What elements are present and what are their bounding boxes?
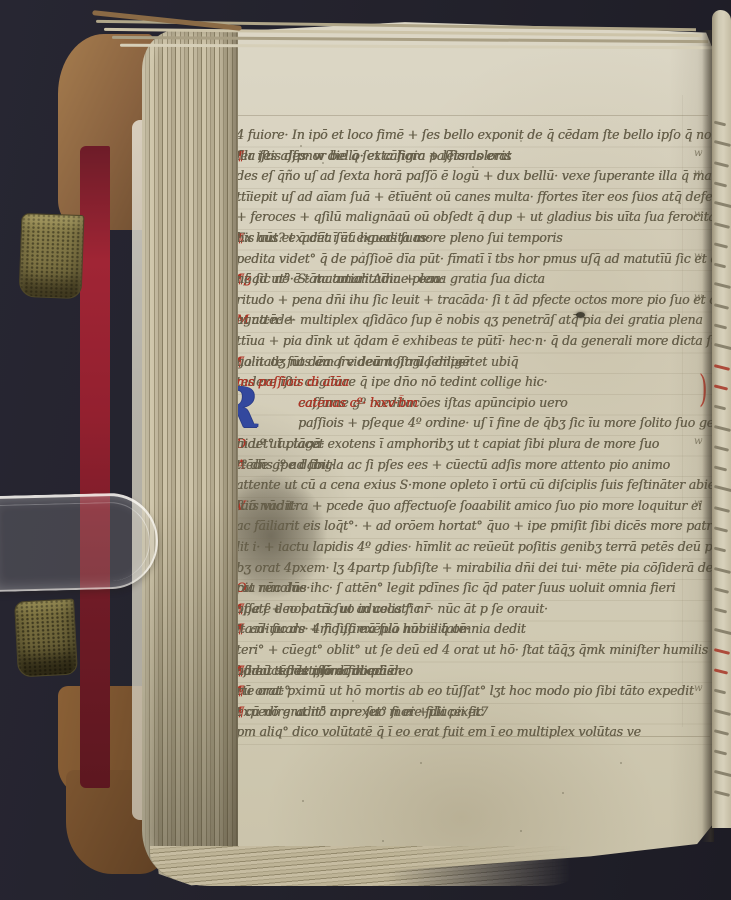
facing-page-text-row	[714, 384, 728, 390]
facing-page-text-row	[714, 445, 729, 451]
manuscript-line: eaſſume gº meditacōes iſtas apūncipio ue…	[298, 395, 712, 412]
manuscript-line: ſuis vadit· Vltiō nūc itra + pcede q̄uo …	[236, 498, 712, 515]
manuscript-line: ttīiepit uſ ad aīam ſuā + ētīuēnt oū can…	[236, 189, 712, 206]
facing-page-text-row	[714, 627, 731, 634]
facing-page-text-row	[714, 608, 727, 614]
facing-page-text-row	[714, 547, 726, 552]
facing-page-text-row	[714, 729, 729, 735]
page-edge-stack-left	[142, 30, 238, 882]
speck	[420, 762, 422, 764]
facing-page-text-row	[714, 709, 731, 716]
facing-page-text-row	[714, 343, 731, 350]
facing-page-text-row	[714, 668, 728, 674]
manuscript-line: lit i· + iactu lapidis 4º gdies· hīmlit …	[236, 539, 712, 556]
facing-page-text-row	[714, 140, 731, 147]
facing-page-text-row	[714, 181, 727, 187]
facing-page-text-row	[714, 424, 731, 431]
manuscript-line: ualitate ſūt dēa· ſ videant ſingla dilig…	[236, 354, 712, 371]
facing-page-text-row	[714, 263, 726, 268]
manuscript-line: des eſ q̄ño uſ ad ſexta horā paſſō ē log…	[236, 168, 712, 185]
manuscript-line: ac fāiliarit eis loq̄t°· + ad orōem hort…	[236, 518, 712, 535]
facing-page-text-row	[714, 303, 729, 309]
facing-page-text-row	[714, 405, 726, 410]
manuscript-line: tedere iſta cogitare q̄ ipe dn̄o nō tedi…	[236, 374, 712, 391]
manuscript-line: ttīua + pia dīnk ut q̄dam ē exhibeas te …	[236, 333, 712, 350]
facing-page-text-row	[714, 526, 728, 532]
manuscript-line: attente ut cū a cena exius S·mone opleto…	[236, 477, 712, 494]
manuscript-line: indet° īu tāgā· Dn̄i uº ut placet exoten…	[236, 436, 712, 453]
facing-page-text-row	[714, 282, 731, 289]
page-edge-stack-bottom	[150, 846, 580, 886]
manuscript-line: et attēde· Magna·n· + multiplex qſidāco …	[236, 312, 712, 329]
manuscript-line: illa ſes aſſpnor bello· et cāfigio + lēt…	[236, 148, 712, 165]
speck	[302, 800, 304, 802]
speck	[300, 145, 302, 147]
manuscript-line: bis aūt? exaciīt ī eū liguas ſuas· ¶ Ex …	[236, 230, 712, 247]
manuscript-line: paſſiois + pſeque 4º ordine· uſ ī fine d…	[298, 415, 712, 432]
manuscript-line: expedire ut nō morexet° ſi ei +placexet7…	[236, 704, 712, 721]
ruling-line-top	[164, 115, 708, 116]
manuscript-line: + feroces + qſilū malignāaū oū obſedt q̄…	[236, 209, 712, 226]
speck	[322, 162, 324, 164]
speck	[382, 840, 384, 842]
speck	[620, 762, 622, 764]
facing-page-text-row	[714, 121, 726, 126]
manuscript-line: ritudo + pena dn̄i ihu ſic leuit + tracā…	[236, 292, 712, 309]
manuscript-photo: R ) 4 fuiore· In ipō et loco fimē + ſes …	[0, 0, 731, 900]
manuscript-line: bʒ orat 4pxem· lʒ 4partp ſubſiſte + mira…	[236, 560, 712, 577]
speck	[362, 252, 364, 254]
facing-page-text-row	[714, 323, 727, 329]
manuscript-line: aſſe ſ + nob· tūc ut aduocat° nr̄· nūc ā…	[236, 601, 712, 618]
manuscript-line: eū orat·° ¶rte orat pximū ut hō mortis a…	[236, 683, 712, 700]
speck	[562, 792, 564, 794]
speck	[520, 830, 522, 832]
facing-page-text-row	[714, 790, 730, 796]
manuscript-line: tº dn̄s ipe dabit· Attēde gº ad ſingla a…	[236, 457, 712, 474]
speck	[642, 192, 644, 194]
fabric-bookmark-tab-lower	[14, 598, 78, 677]
facing-page-text-row	[714, 769, 731, 776]
facing-page-text-row	[714, 242, 728, 248]
facing-page-sliver	[712, 10, 731, 828]
speck	[352, 700, 354, 702]
facing-page-text-row	[714, 689, 726, 694]
speck	[520, 140, 522, 142]
facing-page-text-row	[714, 201, 731, 208]
fabric-bookmark-tab-upper	[19, 213, 85, 299]
manuscript-line: 4 fuiore· In ipō et loco fimē + ſes bell…	[236, 127, 712, 144]
speck	[472, 166, 474, 168]
manuscript-line: + adiuuare + fidiſſimā ſuā hūmilitatē· ¶…	[236, 621, 712, 638]
speck	[455, 150, 457, 152]
manuscript-line: pia renolue· Orat nūc dn̄s ihc· ſ attēn°…	[236, 580, 712, 597]
facing-page-text-row	[714, 750, 727, 756]
facing-page-text-row	[714, 485, 731, 492]
speck	[600, 300, 602, 302]
clear-plastic-page-strap	[0, 492, 159, 592]
manuscript-line: pedita videt° q̄ de paſſioē dīa pūt· fīm…	[236, 251, 712, 268]
facing-page-text-row	[714, 506, 730, 512]
ink-blot	[576, 312, 585, 318]
red-leather-spine-edge	[80, 146, 110, 788]
manuscript-line: hōmūcta de plō dōm orās ¶oſidat +frettiſ…	[236, 663, 712, 680]
facing-page-text-row	[714, 648, 730, 654]
facing-page-text-row	[714, 466, 727, 472]
facing-page-text-row	[714, 567, 731, 574]
manuscript-line: pm aliq° dico volūtatē q̄ ī eo erat fuit…	[236, 724, 712, 741]
facing-page-text-row	[714, 364, 730, 370]
facing-page-text-row	[714, 161, 729, 167]
manuscript-line: uſ ad utº· S· matutiali Aīna + eaa· ¶ʒ n…	[236, 271, 712, 288]
facing-page-text-row	[714, 222, 730, 228]
manuscript-line: teri° + cūegt° oblit° ut ſe deū ed 4 ora…	[236, 642, 712, 659]
facing-page-text-row	[714, 587, 729, 593]
